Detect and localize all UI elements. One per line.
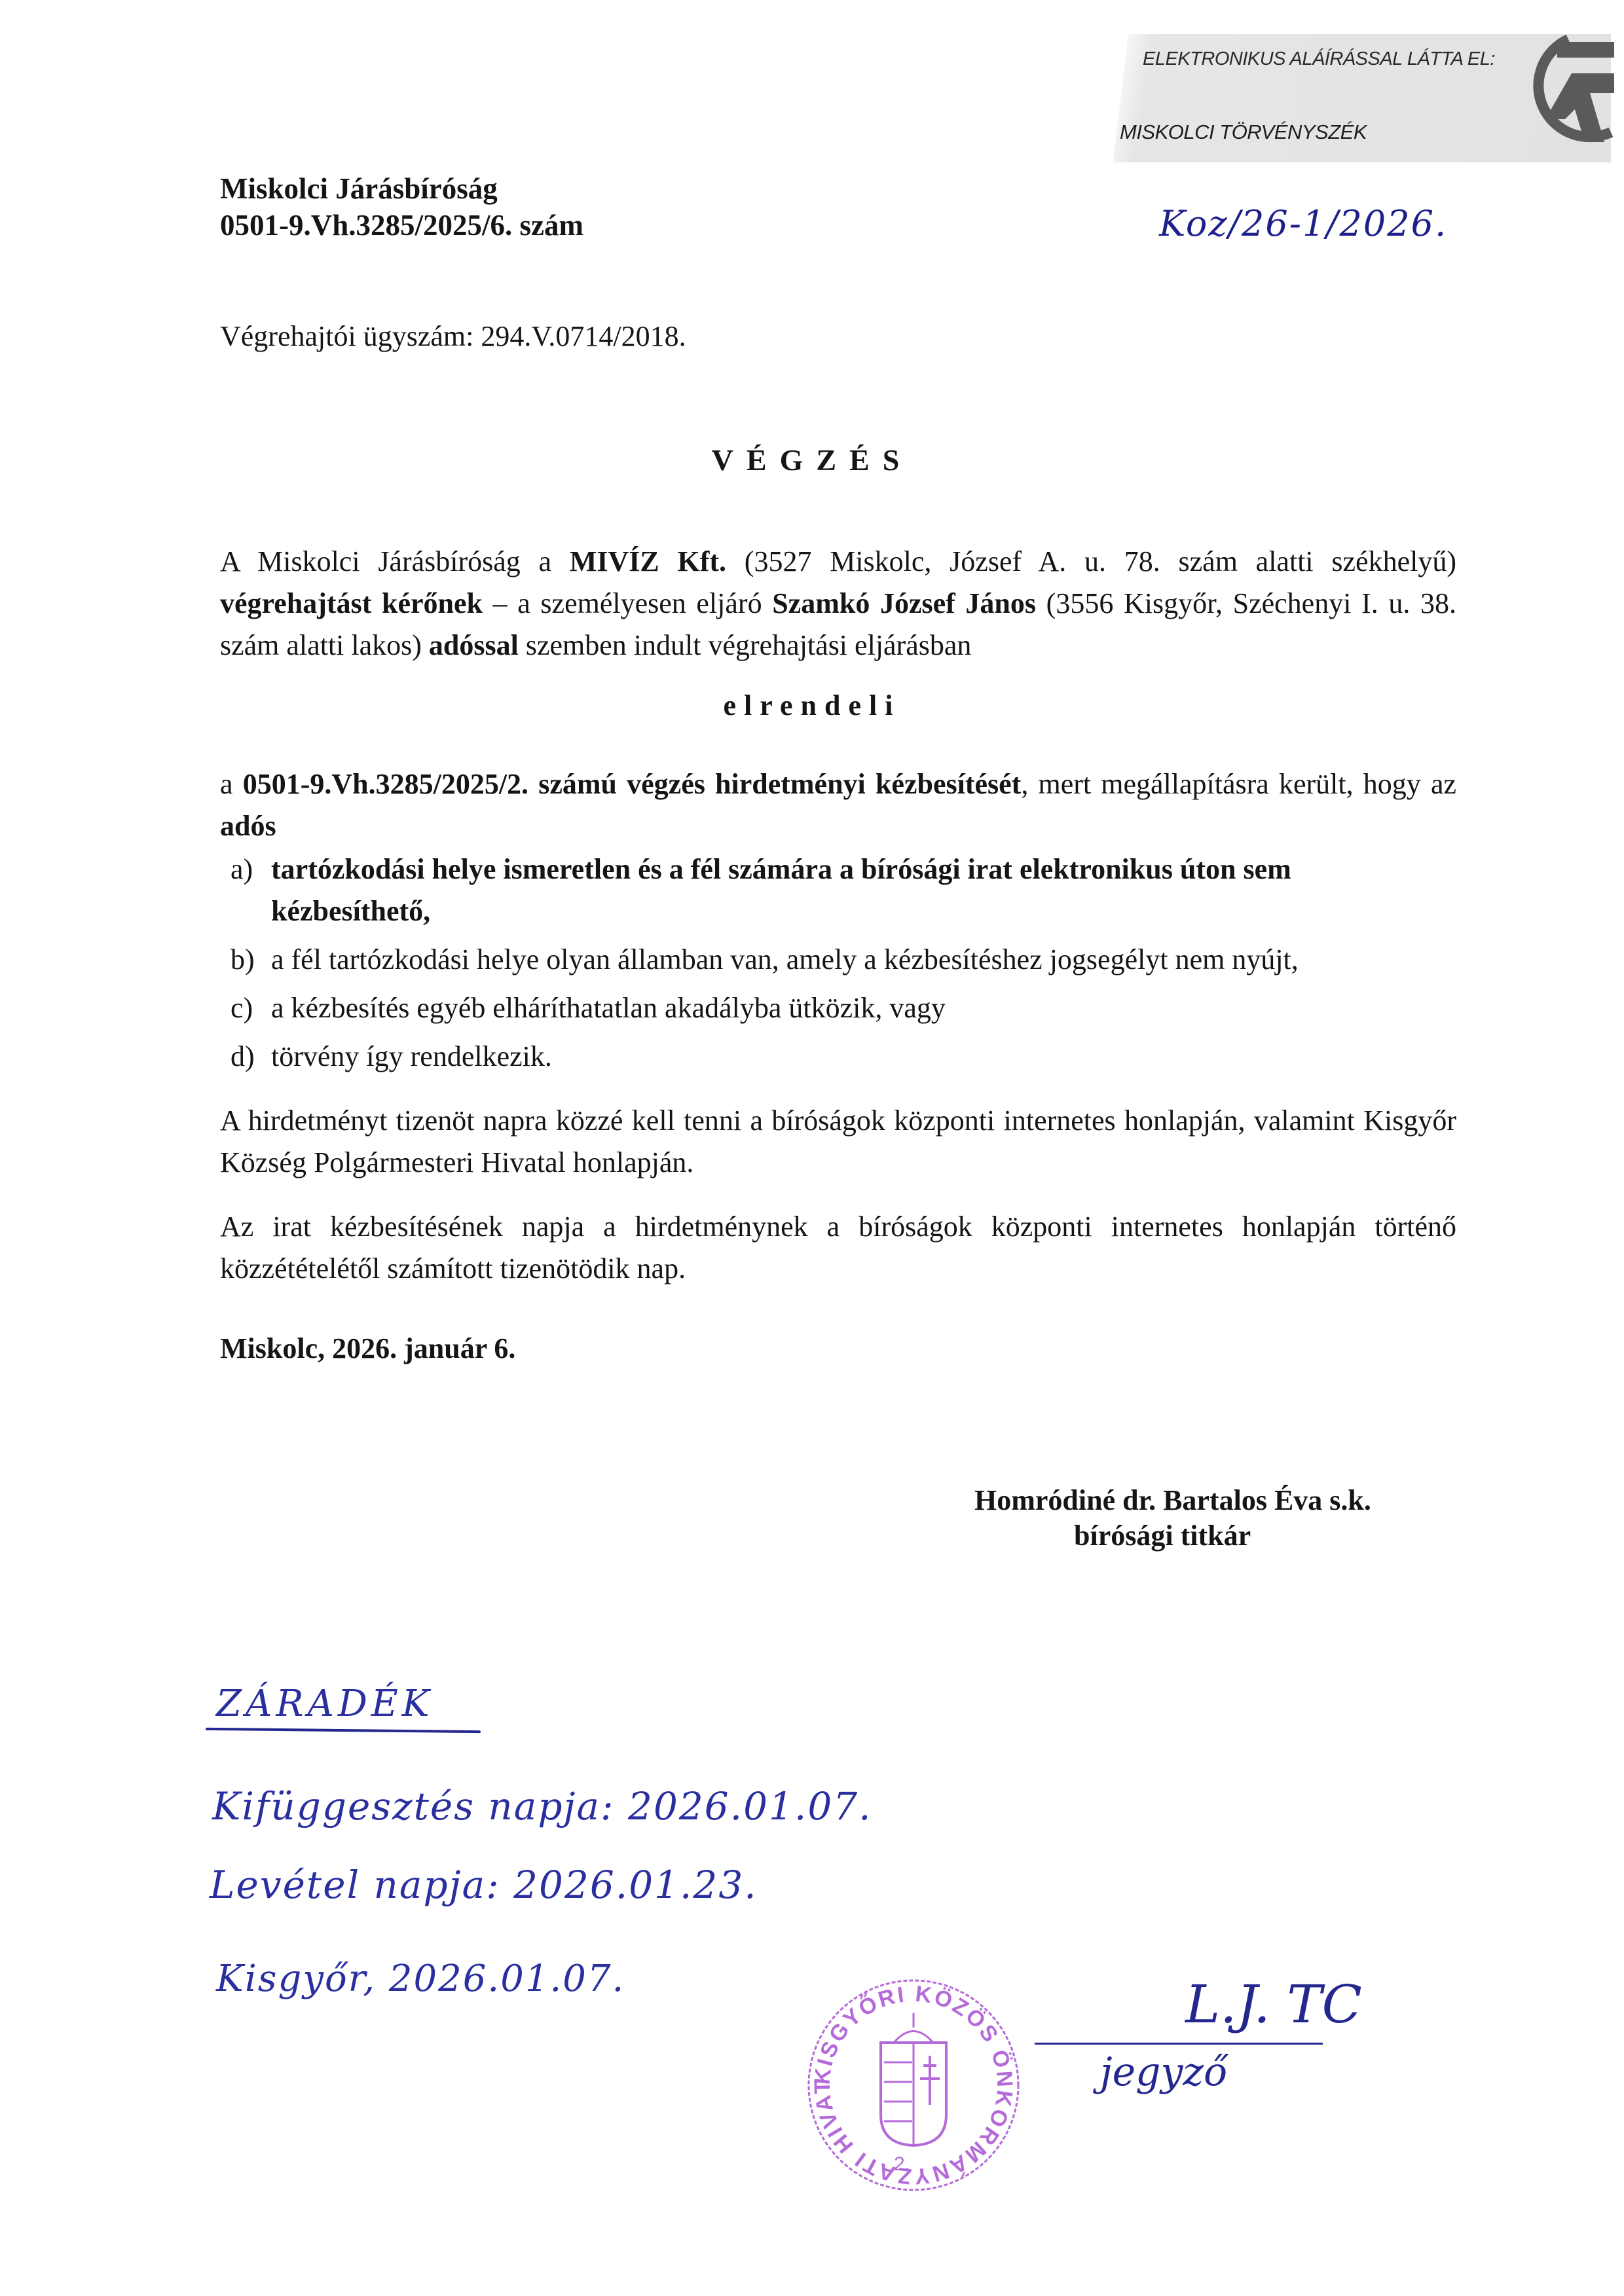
conditions-list: a)tartózkodási helye ismeretlen és a fél… <box>231 848 1456 1084</box>
text-run: a <box>220 768 243 800</box>
condition-item: d)törvény így rendelkezik. <box>231 1036 1456 1078</box>
annotation-underline <box>206 1728 481 1733</box>
text-run: (3527 Miskolc, József A. u. 78. szám ala… <box>726 545 1456 577</box>
place-date: Miskolc, 2026. január 6. <box>220 1332 515 1365</box>
condition-item: b)a fél tartózkodási helye olyan államba… <box>231 939 1456 981</box>
posted-date: Kifüggesztés napja: 2026.01.07. <box>212 1784 872 1829</box>
publication-paragraph: A hirdetményt tizenöt napra közzé kell t… <box>220 1100 1456 1184</box>
text-run: végrehajtást kérőnek <box>220 587 483 619</box>
court-emblem-icon <box>1506 34 1614 147</box>
text-run: MIVÍZ Kft. <box>570 545 726 577</box>
text-run: adós <box>220 810 276 842</box>
hungarian-coat-of-arms-icon <box>881 2013 946 2145</box>
delivery-paragraph: Az irat kézbesítésének napja a hirdetmén… <box>220 1206 1456 1290</box>
signature-line <box>1035 2043 1323 2045</box>
annotation-place-date: Kisgyőr, 2026.01.07. <box>216 1958 625 2000</box>
condition-label: a) <box>231 848 271 932</box>
signatory-name: Homródiné dr. Bartalos Éva s.k. <box>974 1482 1371 1519</box>
text-run: Szamkó József János <box>772 587 1036 619</box>
court-name: Miskolci Járásbíróság <box>220 170 583 207</box>
handwritten-signature: L.J. TC <box>1185 1974 1362 2035</box>
condition-item: c)a kézbesítés egyéb elháríthatatlan aka… <box>231 987 1456 1029</box>
condition-text: tartózkodási helye ismeretlen és a fél s… <box>271 848 1456 932</box>
svg-text:2.: 2. <box>894 2153 910 2175</box>
condition-item: a)tartózkodási helye ismeretlen és a fél… <box>231 848 1456 932</box>
court-header: Miskolci Járásbíróság 0501-9.Vh.3285/202… <box>220 170 583 244</box>
esig-line-1: ELEKTRONIKUS ALÁÍRÁSSAL LÁTTA EL: <box>1143 48 1495 70</box>
ordered-heading: elrendeli <box>0 689 1624 722</box>
official-seal: KISGYŐRI KÖZÖS ÖNKORMÁNYZATI HIVATAL ★ 2… <box>802 1974 1025 2196</box>
esig-line-2: MISKOLCI TÖRVÉNYSZÉK <box>1120 120 1367 144</box>
condition-label: c) <box>231 987 271 1029</box>
text-run: – a személyesen eljáró <box>483 587 772 619</box>
condition-text: törvény így rendelkezik. <box>271 1036 1456 1078</box>
text-run: adóssal <box>429 629 519 661</box>
text-run: 0501-9.Vh.3285/2025/2. számú végzés hird… <box>243 768 1022 800</box>
handwritten-registry-number: Koz/26-1/2026. <box>1159 203 1447 244</box>
condition-text: a kézbesítés egyéb elháríthatatlan akadá… <box>271 987 1456 1029</box>
text-run: , mert megállapításra került, hogy az <box>1021 768 1456 800</box>
case-number: 0501-9.Vh.3285/2025/6. szám <box>220 207 583 244</box>
signer-role: jegyző <box>1100 2049 1227 2095</box>
text-run: szemben indult végrehajtási eljárásban <box>519 629 972 661</box>
document-title: VÉGZÉS <box>0 443 1624 477</box>
condition-label: b) <box>231 939 271 981</box>
condition-label: d) <box>231 1036 271 1078</box>
signatory-title: bírósági titkár <box>1074 1519 1251 1552</box>
order-paragraph: a 0501-9.Vh.3285/2025/2. számú végzés hi… <box>220 763 1456 847</box>
removed-date: Levétel napja: 2026.01.23. <box>210 1863 758 1907</box>
text-run: A Miskolci Járásbíróság a <box>220 545 570 577</box>
intro-paragraph: A Miskolci Járásbíróság a MIVÍZ Kft. (35… <box>220 541 1456 666</box>
annotation-heading: ZÁRADÉK <box>216 1683 434 1725</box>
enforcement-case-number: Végrehajtói ügyszám: 294.V.0714/2018. <box>220 319 686 353</box>
condition-text: a fél tartózkodási helye olyan államban … <box>271 939 1456 981</box>
